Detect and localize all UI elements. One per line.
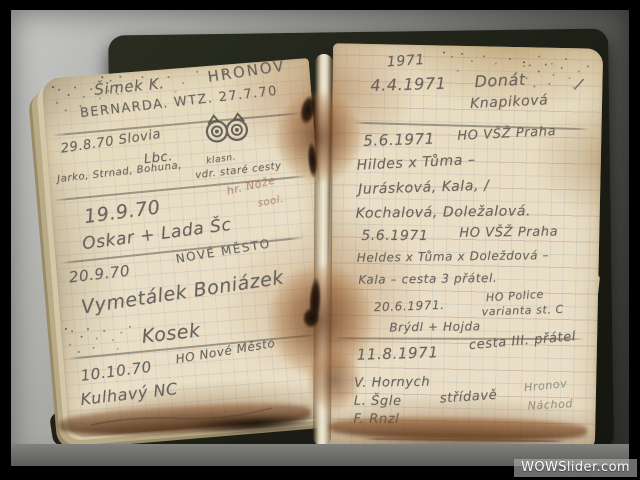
handwritten-entry: 5.6.1971 bbox=[363, 130, 435, 150]
mold-speckles bbox=[65, 328, 67, 330]
handwritten-entry: Kochalová, Doležalová. bbox=[356, 203, 532, 221]
handwritten-entry: Kala – cesta 3 přátel. bbox=[358, 271, 497, 287]
handwritten-entry: Brýdl + Hojda bbox=[389, 319, 481, 334]
handwritten-entry: Náchod bbox=[527, 397, 573, 412]
handwritten-entry: F. Rnzl bbox=[353, 412, 399, 427]
handwritten-entry: 11.8.1971 bbox=[356, 343, 438, 364]
handwritten-entry: 20.6.1971. bbox=[374, 298, 445, 314]
handwritten-entry: varianta st. C bbox=[481, 303, 564, 319]
handwritten-entry: Donát bbox=[474, 70, 526, 91]
mold-speckles bbox=[52, 86, 54, 88]
handwritten-entry: Heldes x Tůma x Doleždová – bbox=[357, 248, 549, 265]
handwritten-entry: 1971 bbox=[386, 52, 425, 70]
framed-photo-slide: Šimek K. HRONOV BERNARDA. WTZ. 27.7.70 2… bbox=[0, 0, 640, 480]
wowslider-watermark-link[interactable]: WOWSlider.com bbox=[514, 459, 637, 477]
owl-doodle-icon bbox=[203, 111, 251, 147]
handwritten-entry: V. Hornych bbox=[354, 375, 430, 391]
handwritten-entry: 4.4.1971 bbox=[370, 74, 447, 95]
notebook-page-left: Šimek K. HRONOV BERNARDA. WTZ. 27.7.70 2… bbox=[41, 58, 336, 438]
handwritten-entry: 5.6.1971 bbox=[361, 228, 428, 244]
mold-speckles bbox=[101, 76, 103, 78]
photo-background: Šimek K. HRONOV BERNARDA. WTZ. 27.7.70 2… bbox=[11, 10, 629, 466]
mold-speckles bbox=[443, 52, 445, 54]
handwritten-entry: HO VŠŽ Praha bbox=[459, 225, 558, 241]
handwritten-entry: L. Šgle bbox=[354, 394, 402, 409]
notebook-spine-fold bbox=[313, 54, 333, 446]
mold-speckles bbox=[523, 61, 525, 63]
notebook-page-right: 1971 4.4.1971 Donát Knapiková / 5.6.1971… bbox=[325, 43, 603, 451]
